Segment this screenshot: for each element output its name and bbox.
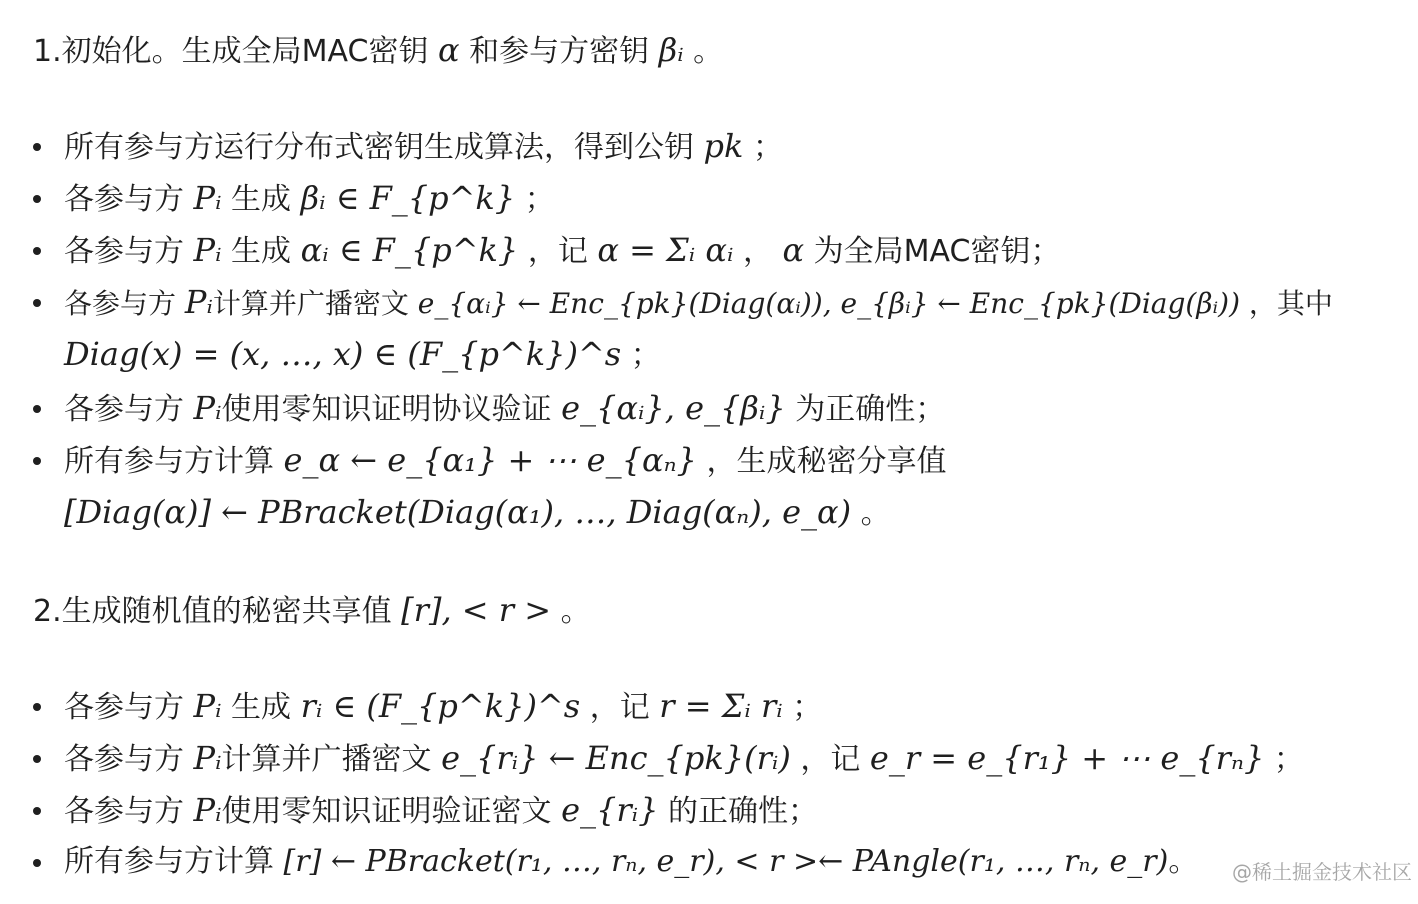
math-expression: e_{rᵢ} ← Enc_{pk}(rᵢ) <box>441 739 791 777</box>
item-text: 为全局MAC密钥； <box>804 234 1060 269</box>
section-1-heading: 1.初始化。生成全局MAC密钥 α 和参与方密钥 βᵢ 。 <box>33 30 723 72</box>
watermark: @稀土掘金技术社区 <box>1232 856 1412 885</box>
math-expression: e_α ← e_{α₁} + ⋯ e_{αₙ} <box>284 441 697 479</box>
item-text: 生成 <box>222 182 301 217</box>
math-expression: βᵢ ∈ F_{p^k} <box>301 179 516 217</box>
heading-text: 2.生成随机值的秘密共享值 <box>33 594 401 629</box>
math-expression: Pᵢ <box>194 231 222 269</box>
item-text: 。 <box>1168 844 1198 879</box>
item-text: ； <box>1264 742 1304 777</box>
item-text: ； <box>783 690 823 725</box>
item-text: ； <box>743 130 783 165</box>
item-text: ， <box>733 234 782 269</box>
item-text: 。 <box>851 496 891 531</box>
math-expression: [r], < r > <box>401 591 551 629</box>
item-text: ； <box>515 182 555 217</box>
heading-text: 1.初始化。生成全局MAC密钥 <box>33 34 438 69</box>
item-text: ； <box>621 338 661 373</box>
item-text: 的正确性； <box>658 794 818 829</box>
math-alpha: α <box>438 31 460 69</box>
item-text: 各参与方 <box>64 234 194 269</box>
math-expression: pk <box>704 127 744 165</box>
bullet-icon <box>33 382 43 434</box>
bullet-icon <box>33 836 43 888</box>
item-text: 计算并广播密文 <box>213 287 418 320</box>
item-text: ，生成秘密分享值 <box>697 444 947 479</box>
item-text: 生成 <box>222 234 301 269</box>
math-expression: e_{αᵢ} ← Enc_{pk}(Diag(αᵢ)), e_{βᵢ} ← En… <box>418 287 1240 320</box>
item-text: 各参与方 <box>64 182 194 217</box>
math-expression: Pᵢ <box>194 179 222 217</box>
bullet-icon <box>33 732 43 784</box>
item-text: ，其中 <box>1240 287 1333 320</box>
math-expression: α <box>782 231 804 269</box>
section-2-heading: 2.生成随机值的秘密共享值 [r], < r > 。 <box>33 590 591 632</box>
item-text: 各参与方 <box>64 690 194 725</box>
item-text: 各参与方 <box>64 794 194 829</box>
item-text: 生成 <box>222 690 301 725</box>
item-text: 为正确性； <box>786 392 946 427</box>
math-expression: α = Σᵢ αᵢ <box>597 231 733 269</box>
math-expression: Pᵢ <box>185 283 213 321</box>
item-text: 各参与方 <box>64 742 194 777</box>
item-text: 所有参与方计算 <box>64 844 284 879</box>
math-expression: Pᵢ <box>194 687 222 725</box>
math-expression: αᵢ ∈ F_{p^k} <box>301 231 519 269</box>
heading-text: 。 <box>551 594 591 629</box>
math-expression: e_{αᵢ}, e_{βᵢ} <box>561 389 786 427</box>
math-expression: rᵢ ∈ (F_{p^k})^s <box>301 687 581 725</box>
item-text: ，记 <box>791 742 870 777</box>
item-text: 使用零知识证明协议验证 <box>222 392 562 427</box>
math-expression: Pᵢ <box>194 739 222 777</box>
bullet-icon <box>33 120 43 172</box>
bullet-icon <box>33 784 43 836</box>
item-text: 各参与方 <box>64 392 194 427</box>
item-text: ，记 <box>518 234 597 269</box>
item-text: 计算并广播密文 <box>222 742 442 777</box>
math-beta-i: βᵢ <box>659 31 684 69</box>
item-text: 使用零知识证明验证密文 <box>222 794 562 829</box>
bullet-icon <box>33 680 43 732</box>
item-text: ，记 <box>580 690 659 725</box>
item-text: 所有参与方运行分布式密钥生成算法，得到公钥 <box>64 130 704 165</box>
bullet-icon <box>33 276 43 328</box>
item-text: 所有参与方计算 <box>64 444 284 479</box>
math-expression: [Diag(α)] ← PBracket(Diag(α₁), …, Diag(α… <box>64 493 851 531</box>
math-expression: e_r = e_{r₁} + ⋯ e_{rₙ} <box>870 739 1264 777</box>
math-expression: Pᵢ <box>194 389 222 427</box>
math-expression: Pᵢ <box>194 791 222 829</box>
math-expression: [r] ← PBracket(r₁, …, rₙ, e_r), < r >← P… <box>284 844 1169 879</box>
bullet-icon <box>33 172 43 224</box>
item-text: 各参与方 <box>64 287 185 320</box>
bullet-icon <box>33 224 43 276</box>
math-expression: e_{rᵢ} <box>561 791 658 829</box>
bullet-icon <box>33 434 43 486</box>
heading-text: 和参与方密钥 <box>460 34 659 69</box>
math-expression: r = Σᵢ rᵢ <box>659 687 782 725</box>
math-expression: Diag(x) = (x, …, x) ∈ (F_{p^k})^s <box>64 335 621 373</box>
heading-text: 。 <box>684 34 724 69</box>
